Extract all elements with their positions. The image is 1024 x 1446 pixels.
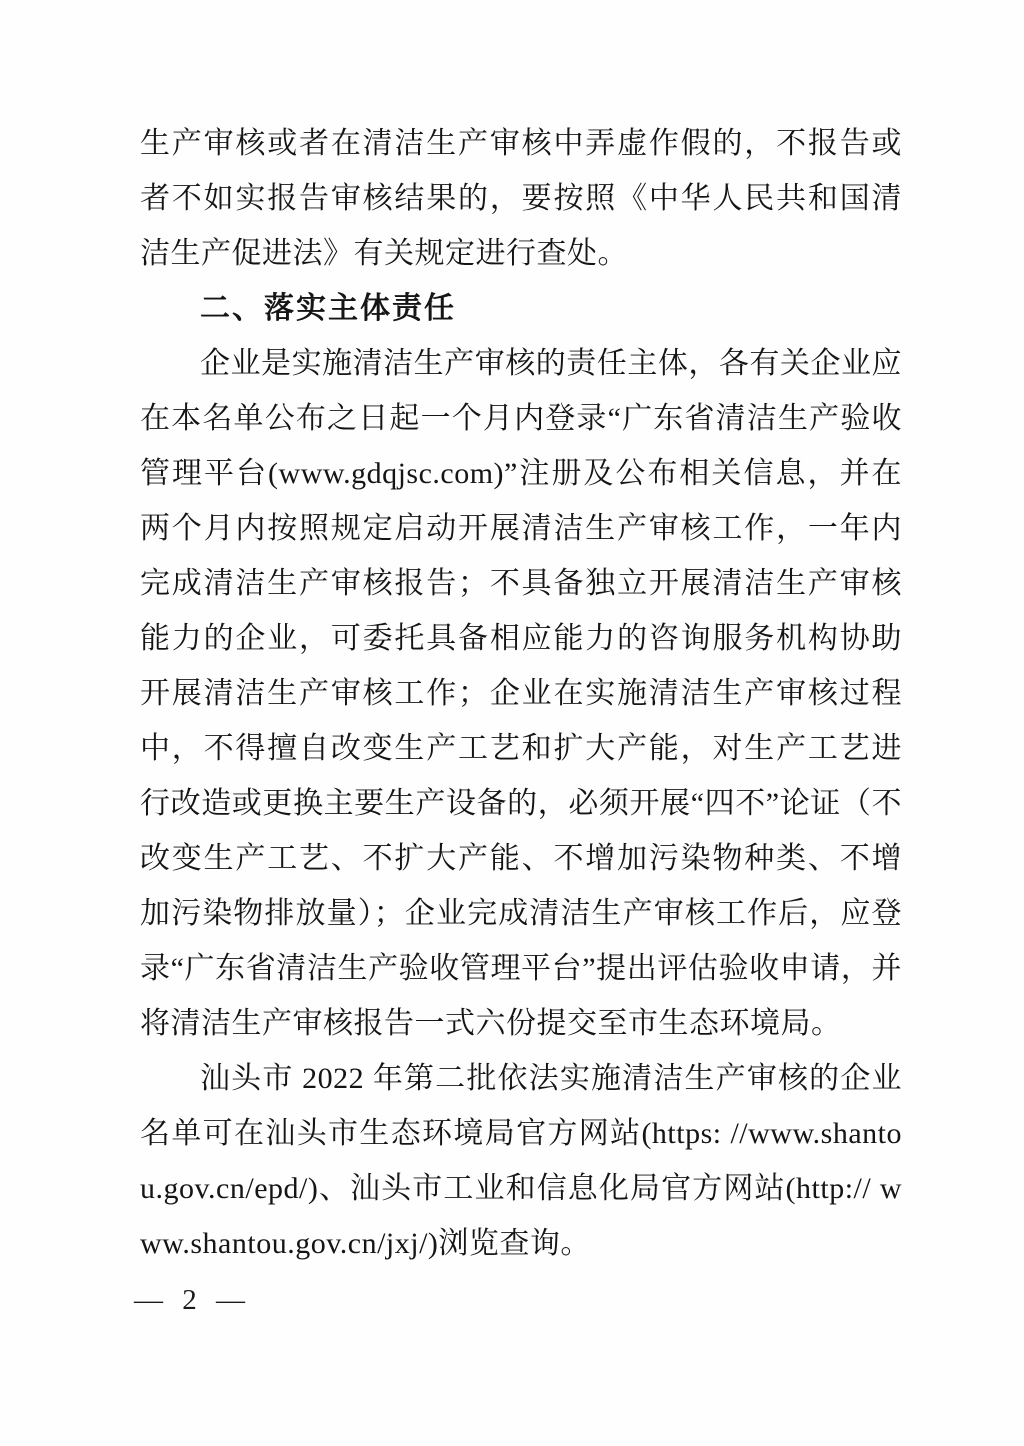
paragraph-list-publication-websites: 汕头市 2022 年第二批依法实施清洁生产审核的企业名单可在汕头市生态环境局官方…: [140, 1051, 902, 1271]
paragraph-enterprise-responsibility: 企业是实施清洁生产审核的责任主体，各有关企业应在本名单公布之日起一个月内登录“广…: [140, 336, 902, 1051]
paragraph-continued-enforcement: 生产审核或者在清洁生产审核中弄虚作假的，不报告或者不如实报告审核结果的，要按照《…: [140, 116, 902, 281]
document-page: 生产审核或者在清洁生产审核中弄虚作假的，不报告或者不如实报告审核结果的，要按照《…: [0, 0, 1024, 1446]
document-body: 生产审核或者在清洁生产审核中弄虚作假的，不报告或者不如实报告审核结果的，要按照《…: [140, 116, 902, 1271]
section-heading-main-responsibility: 二、落实主体责任: [140, 281, 902, 336]
page-number: — 2 —: [134, 1284, 251, 1317]
